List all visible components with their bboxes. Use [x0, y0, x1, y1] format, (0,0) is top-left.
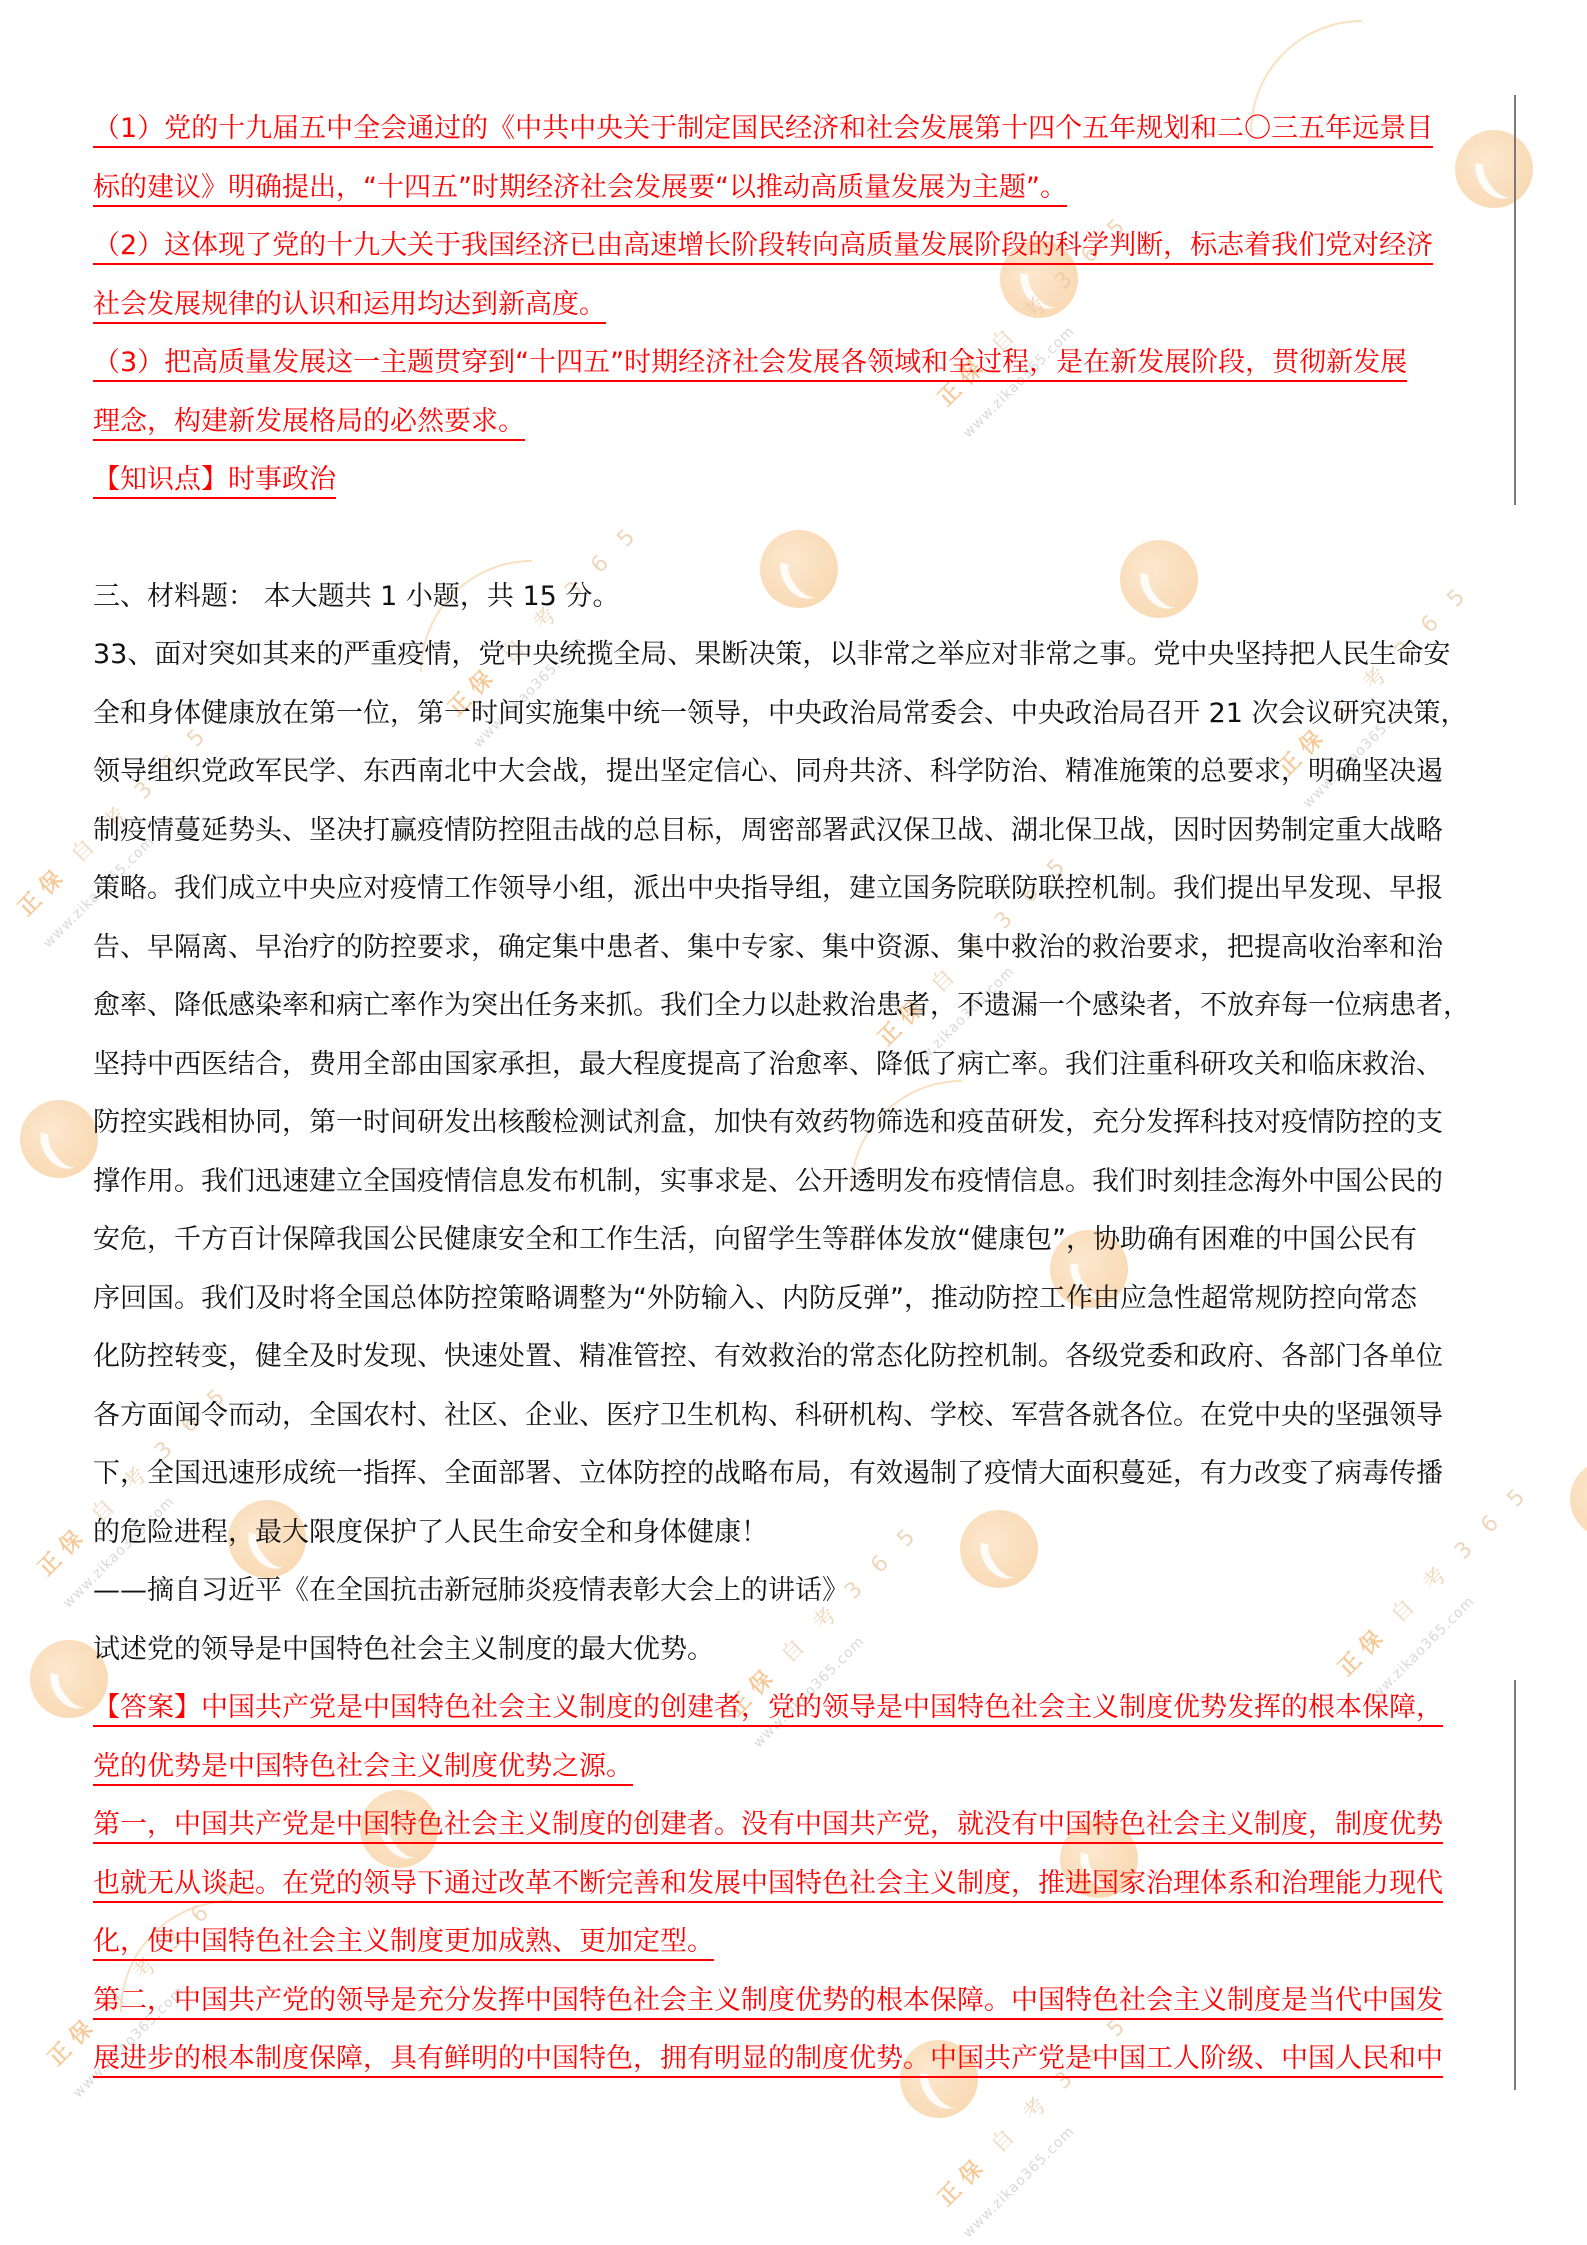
material-line: 撑作用。我们迅速建立全国疫情信息发布机制，实事求是、公开透明发布疫情信息。我们时… [93, 1165, 1493, 1199]
material-line: 策略。我们成立中央应对疫情工作领导小组，派出中央指导组，建立国务院联防联控机制。… [93, 872, 1493, 906]
question-prompt: 试述党的领导是中国特色社会主义制度的最大优势。 [93, 1633, 1493, 1667]
material-line: 序回国。我们及时将全国总体防控策略调整为“外防输入、内防反弹”，推动防控工作由应… [93, 1282, 1493, 1316]
answer-line: 【答案】中国共产党是中国特色社会主义制度的创建者，党的领导是中国特色社会主义制度… [93, 1691, 1493, 1725]
spacer [93, 522, 1493, 580]
material-line: 各方面闻令而动，全国农村、社区、企业、医疗卫生机构、科研机构、学校、军营各就各位… [93, 1399, 1493, 1433]
answer-line: 第二，中国共产党的领导是充分发挥中国特色社会主义制度优势的根本保障。中国特色社会… [93, 1984, 1493, 2018]
answer-line: 也就无从谈起。在党的领导下通过改革不断完善和发展中国特色社会主义制度，推进国家治… [93, 1867, 1493, 1901]
question-33-material: 33、面对突如其来的严重疫情，党中央统揽全局、果断决策，以非常之举应对非常之事。… [93, 638, 1493, 1667]
margin-rule [1514, 1680, 1516, 2090]
material-line: 防控实践相协同，第一时间研发出核酸检测试剂盒，加快有效药物筛选和疫苗研发，充分发… [93, 1106, 1493, 1140]
answer-line: （2）这体现了党的十九大关于我国经济已由高速增长阶段转向高质量发展阶段的科学判断… [93, 229, 1493, 263]
previous-answer-block: （1）党的十九届五中全会通过的《中共中央关于制定国民经济和社会发展第十四个五年规… [93, 112, 1493, 497]
answer-line: 理念，构建新发展格局的必然要求。 [93, 405, 1493, 439]
material-line: 愈率、降低感染率和病亡率作为突出任务来抓。我们全力以赴救治患者，不遗漏一个感染者… [93, 989, 1493, 1023]
material-line: 告、早隔离、早治疗的防控要求，确定集中患者、集中专家、集中资源、集中救治的救治要… [93, 931, 1493, 965]
answer-line: 标的建议》明确提出，“十四五”时期经济社会发展要“以推动高质量发展为主题”。 [93, 171, 1493, 205]
material-line: 33、面对突如其来的严重疫情，党中央统揽全局、果断决策，以非常之举应对非常之事。… [93, 638, 1493, 672]
document-page: 正保 自 考 3 6 5 www.zikao365.com 正保 自 考 3 6… [0, 0, 1587, 2245]
answer-line: （3）把高质量发展这一主题贯穿到“十四五”时期经济社会发展各领域和全过程，是在新… [93, 346, 1493, 380]
citation: ——摘自习近平《在全国抗击新冠肺炎疫情表彰大会上的讲话》 [93, 1574, 1493, 1608]
section-heading: 三、材料题： 本大题共 1 小题，共 15 分。 [93, 580, 1493, 614]
material-line: 下，全国迅速形成统一指挥、全面部署、立体防控的战略布局，有效遏制了疫情大面积蔓延… [93, 1457, 1493, 1491]
margin-rule [1514, 95, 1516, 505]
material-line: 全和身体健康放在第一位，第一时间实施集中统一领导，中央政治局常委会、中央政治局召… [93, 697, 1493, 731]
answer-line: 化，使中国特色社会主义制度更加成熟、更加定型。 [93, 1925, 1493, 1959]
knowledge-point: 【知识点】时事政治 [93, 463, 1493, 497]
document-content: （1）党的十九届五中全会通过的《中共中央关于制定国民经济和社会发展第十四个五年规… [93, 112, 1493, 2101]
material-line: 坚持中西医结合，费用全部由国家承担，最大程度提高了治愈率、降低了病亡率。我们注重… [93, 1048, 1493, 1082]
material-line: 的危险进程，最大限度保护了人民生命安全和身体健康！ [93, 1516, 1493, 1550]
watermark-url: www.zikao365.com [960, 2123, 1078, 2241]
material-line: 制疫情蔓延势头、坚决打赢疫情防控阻击战的总目标，周密部署武汉保卫战、湖北保卫战，… [93, 814, 1493, 848]
answer-line: 社会发展规律的认识和运用均达到新高度。 [93, 288, 1493, 322]
watermark-logo-icon [20, 1100, 98, 1178]
watermark-logo-icon [1570, 1460, 1587, 1538]
answer-line: 展进步的根本制度保障，具有鲜明的中国特色，拥有明显的制度优势。中国共产党是中国工… [93, 2042, 1493, 2076]
material-line: 领导组织党政军民学、东西南北中大会战，提出坚定信心、同舟共济、科学防治、精准施策… [93, 755, 1493, 789]
material-line: 安危，千方百计保障我国公民健康安全和工作生活，向留学生等群体发放“健康包”，协助… [93, 1223, 1493, 1257]
answer-line: （1）党的十九届五中全会通过的《中共中央关于制定国民经济和社会发展第十四个五年规… [93, 112, 1493, 146]
answer-line: 第一，中国共产党是中国特色社会主义制度的创建者。没有中国共产党，就没有中国特色社… [93, 1808, 1493, 1842]
material-line: 化防控转变，健全及时发现、快速处置、精准管控、有效救治的常态化防控机制。各级党委… [93, 1340, 1493, 1374]
answer-line: 党的优势是中国特色社会主义制度优势之源。 [93, 1750, 1493, 1784]
question-33-answer: 【答案】中国共产党是中国特色社会主义制度的创建者，党的领导是中国特色社会主义制度… [93, 1691, 1493, 2076]
